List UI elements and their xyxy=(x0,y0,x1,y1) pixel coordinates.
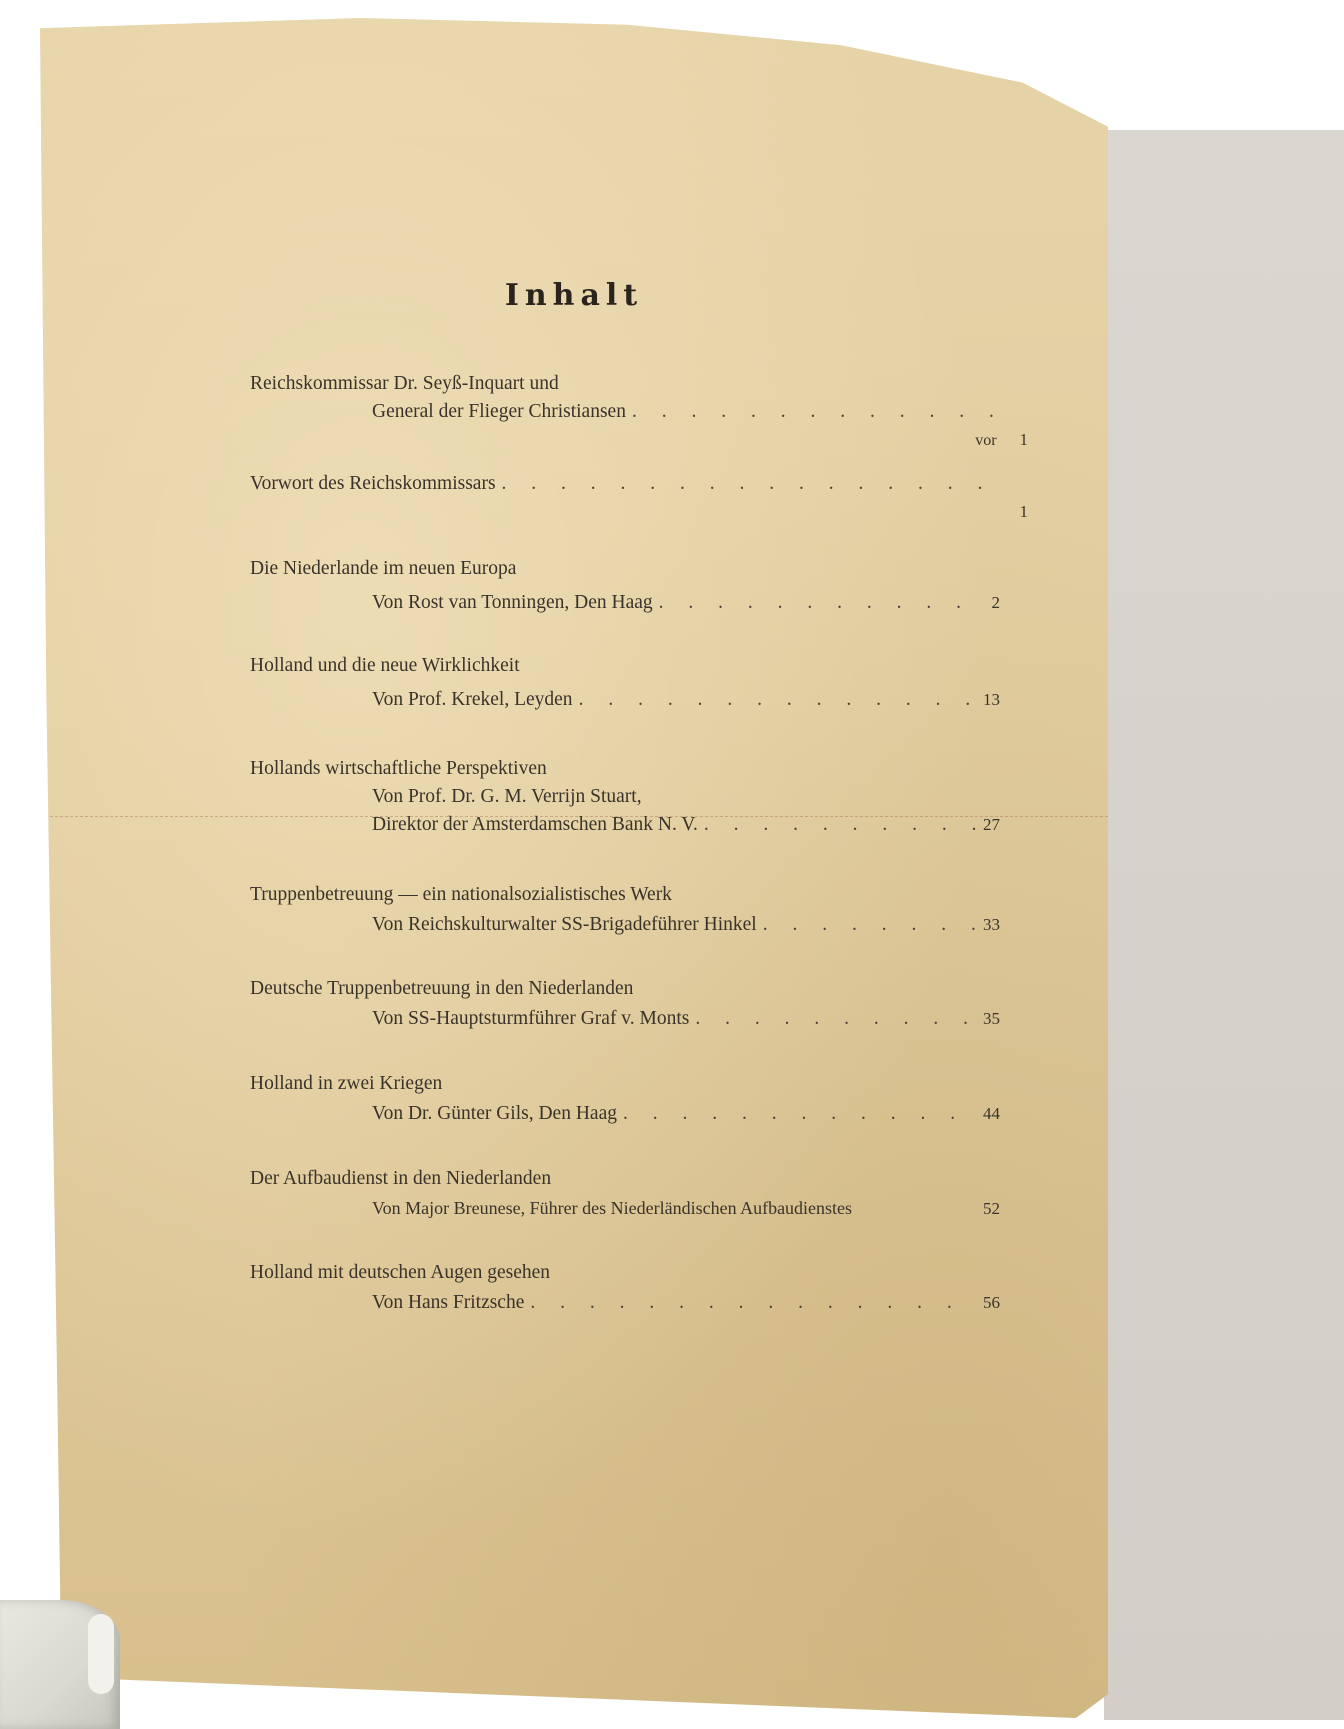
toc-entry-title: Holland mit deutschen Augen gesehen xyxy=(250,1262,550,1284)
toc-entry-author: General der Flieger Christiansen xyxy=(372,401,1000,423)
toc-entry-page: 44 xyxy=(978,1104,1000,1124)
leader-dots xyxy=(698,814,978,836)
toc-entry-title: Holland in zwei Kriegen xyxy=(250,1073,442,1095)
toc-entry-page: 27 xyxy=(978,815,1000,835)
toc-entry-page: 52 xyxy=(978,1199,1000,1219)
toc-entry-page: 2 xyxy=(978,593,1000,613)
leader-dots xyxy=(757,914,978,936)
toc-entry-title: Die Niederlande im neuen Europa xyxy=(250,558,516,580)
toc-entry-title: Vorwort des Reichskommissars xyxy=(250,473,1000,495)
toc-entry-title: Truppenbetreuung — ein nationalsozialist… xyxy=(250,884,672,906)
toc-entry-title: Holland und die neue Wirklichkeit xyxy=(250,655,520,677)
leader-dots xyxy=(617,1103,978,1125)
toc-entry-page: 13 xyxy=(978,690,1000,710)
page-title: Inhalt xyxy=(40,278,1108,313)
toc-entry-author: Von Dr. Günter Gils, Den Haag 44 xyxy=(372,1103,1000,1125)
toc-entry-title: Deutsche Truppenbetreuung in den Niederl… xyxy=(250,978,633,1000)
toc-entry-author: Von Prof. Krekel, Leyden 13 xyxy=(372,689,1000,711)
leader-dots xyxy=(573,689,978,711)
book-stand-clip xyxy=(0,1600,120,1729)
toc-entry-page: 56 xyxy=(978,1293,1000,1313)
leader-dots xyxy=(496,473,1000,495)
leader-dots xyxy=(524,1292,978,1314)
toc-entry-author: Von Prof. Dr. G. M. Verrijn Stuart, xyxy=(372,786,642,808)
toc-entry-title: Der Aufbaudienst in den Niederlanden xyxy=(250,1168,551,1190)
toc-entry-author: Von Reichskulturwalter SS-Brigadeführer … xyxy=(372,914,1000,936)
toc-entry-author: Von SS-Hauptsturmführer Graf v. Monts 35 xyxy=(372,1008,1000,1030)
toc-entry-title: Hollands wirtschaftliche Perspektiven xyxy=(250,758,547,780)
toc-entry-title: Reichskommissar Dr. Seyß-Inquart und xyxy=(250,373,559,395)
toc-entry-author: Von Major Breunese, Führer des Niederlän… xyxy=(372,1198,1000,1219)
toc-entry-author: Von Hans Fritzsche 56 xyxy=(372,1292,1000,1314)
toc-entry-page: 35 xyxy=(978,1009,1000,1029)
leader-dots xyxy=(653,592,978,614)
background-sheet xyxy=(1104,130,1344,1720)
toc-entry-page: 33 xyxy=(978,915,1000,935)
leader-dots xyxy=(689,1008,978,1030)
toc-entry-author: Von Rost van Tonningen, Den Haag 2 xyxy=(372,592,1000,614)
toc-entry-page: vor 1 xyxy=(975,429,1028,451)
leader-dots xyxy=(626,401,1000,423)
book-page: Inhalt Reichskommissar Dr. Seyß-Inquart … xyxy=(40,18,1108,1718)
toc-entry-page: 1 xyxy=(1020,501,1029,523)
toc-entry-author-line2: Direktor der Amsterdamschen Bank N. V. 2… xyxy=(372,814,1000,836)
